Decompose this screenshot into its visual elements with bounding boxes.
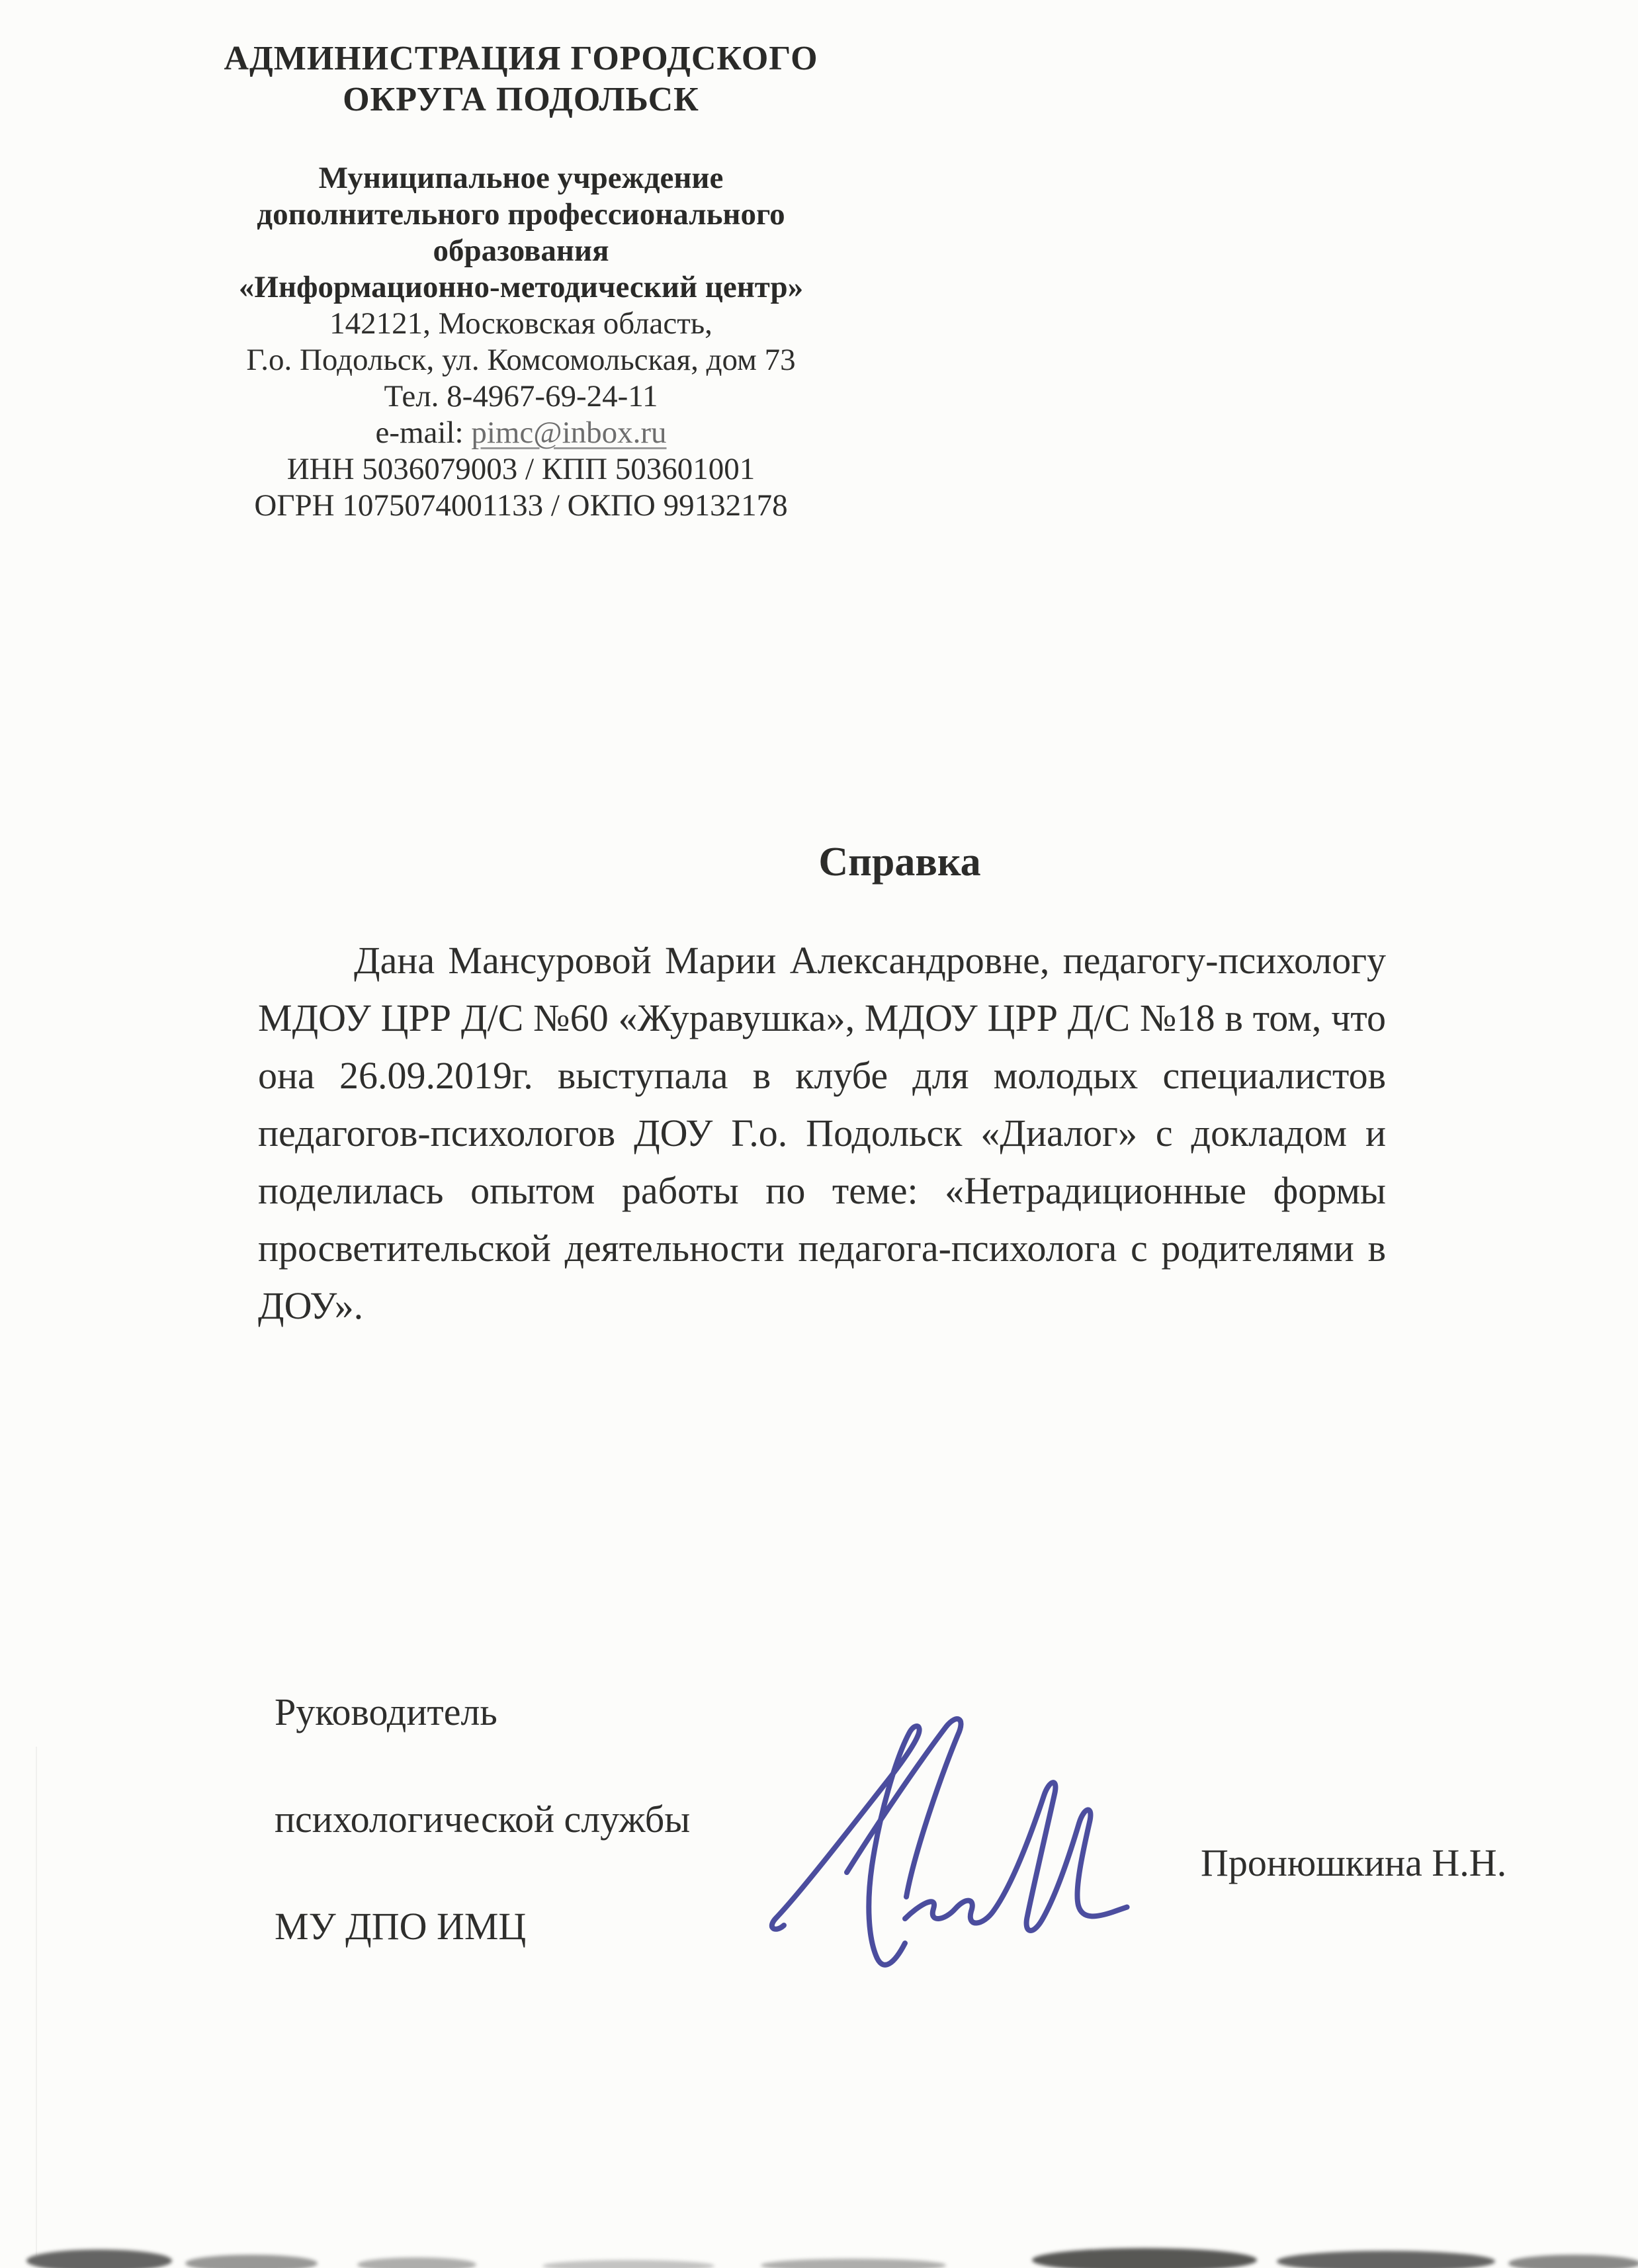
organization-name-line3: образования	[212, 233, 830, 269]
letterhead: АДМИНИСТРАЦИЯ ГОРОДСКОГО ОКРУГА ПОДОЛЬСК…	[212, 38, 830, 524]
organization-name-line1: Муниципальное учреждение	[212, 160, 830, 196]
email-address: pimc@inbox.ru	[471, 415, 666, 450]
signer-role-line2: психологической службы	[275, 1798, 690, 1841]
scan-artifact-left-line	[36, 1747, 37, 2256]
scan-blotch	[1508, 2255, 1638, 2268]
organization-name-line4: «Информационно-методический центр»	[212, 269, 830, 306]
body-line: она 26.09.2019г. выступала в клубе для м…	[258, 1047, 1386, 1104]
body-line: поделилась опытом работы по теме: «Нетра…	[258, 1162, 1386, 1219]
inn-kpp-line: ИНН 5036079003 / КПП 503601001	[212, 451, 830, 488]
handwritten-signature	[748, 1697, 1144, 1988]
body-line: МДОУ ЦРР Д/С №60 «Журавушка», МДОУ ЦРР Д…	[258, 989, 1386, 1047]
scan-blotch	[357, 2257, 476, 2268]
body-line: просветительской деятельности педагога-п…	[258, 1219, 1386, 1277]
email-line: e-mail: pimc@inbox.ru	[212, 415, 830, 451]
scanned-document-page: АДМИНИСТРАЦИЯ ГОРОДСКОГО ОКРУГА ПОДОЛЬСК…	[0, 0, 1638, 2268]
signer-name: Пронюшкина Н.Н.	[1201, 1841, 1506, 1885]
organization-name-line2: дополнительного профессионального	[212, 196, 830, 233]
address-line1: 142121, Московская область,	[212, 306, 830, 342]
scan-blotch	[1032, 2248, 1257, 2268]
administration-name-line2: ОКРУГА ПОДОЛЬСК	[212, 79, 830, 120]
body-line: ДОУ».	[258, 1277, 1386, 1334]
administration-name-line1: АДМИНИСТРАЦИЯ ГОРОДСКОГО	[212, 38, 830, 79]
scan-blotch	[1277, 2251, 1495, 2268]
scan-blotch	[542, 2260, 714, 2268]
scan-blotch	[761, 2259, 946, 2268]
ogrn-okpo-line: ОГРН 1075074001133 / ОКПО 99132178	[212, 488, 830, 524]
organization-block: Муниципальное учреждение дополнительного…	[212, 160, 830, 524]
body-paragraph: Дана Мансуровой Марии Александровне, пед…	[258, 932, 1386, 1334]
document-title: Справка	[761, 839, 1039, 886]
body-line: Дана Мансуровой Марии Александровне, пед…	[258, 932, 1386, 989]
body-line: педагогов-психологов ДОУ Г.о. Подольск «…	[258, 1104, 1386, 1162]
email-label: e-mail:	[375, 415, 471, 450]
scan-blotch	[185, 2255, 318, 2268]
signer-role-line3: МУ ДПО ИМЦ	[275, 1905, 526, 1948]
scan-blotch	[26, 2249, 172, 2268]
phone-line: Тел. 8-4967-69-24-11	[212, 378, 830, 415]
signer-role-line1: Руководитель	[275, 1691, 497, 1733]
address-line2: Г.о. Подольск, ул. Комсомольская, дом 73	[212, 342, 830, 378]
scan-artifact-bottom-edge	[0, 2243, 1638, 2268]
